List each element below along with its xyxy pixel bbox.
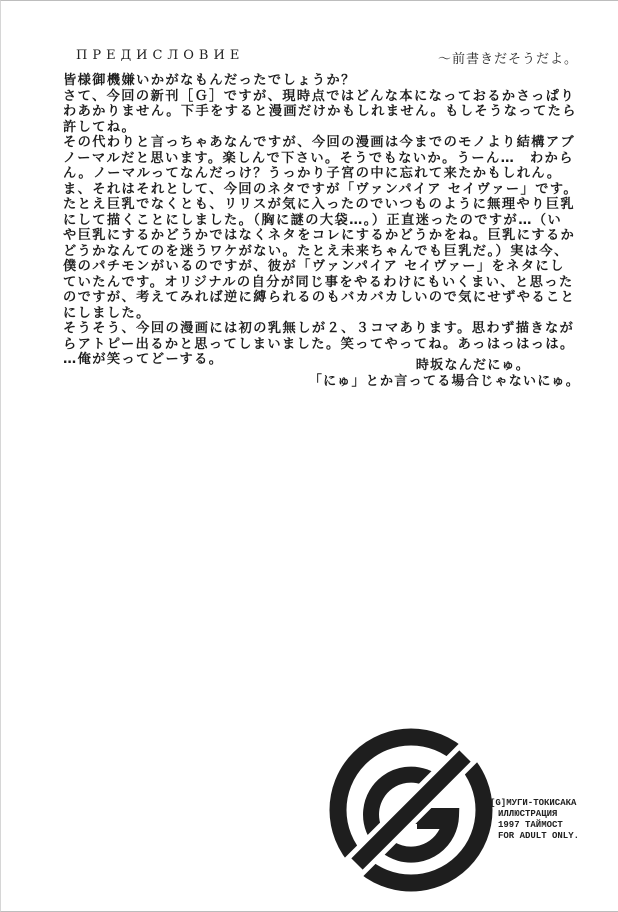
body-line: ん。ノーマルってなんだっけ？うっかり子宮の中に忘れて来たかもしれん。 bbox=[63, 166, 583, 182]
body-line: にして描くことにしました。（胸に謎の大袋…。）正直迷ったのですが…（い bbox=[63, 213, 583, 229]
afterword-body: 皆様御機嫌いかがなもんだったでしょうか？ さて、今回の新刊［Ｇ］ですが、現時点で… bbox=[63, 73, 583, 368]
page-title: ПРЕДИСЛОВИЕ bbox=[76, 48, 244, 63]
author-signature: 時坂なんだにゅ。 「にゅ」とか言ってる場合じゃないにゅ。 bbox=[309, 358, 530, 390]
body-line: 皆様御機嫌いかがなもんだったでしょうか？ bbox=[63, 73, 583, 89]
body-line: ていたんです。オリジナルの自分が同じ事をやるわけにもいくまい、と思った bbox=[63, 275, 583, 291]
body-line: にしました。 bbox=[63, 306, 583, 322]
body-line: ノーマルだと思います。楽しんで下さい。そうでもないか。うーん… わから bbox=[63, 151, 583, 167]
credits-block: [G]МУГИ-ТОКИСАКА ИЛЛЮСТРАЦИЯ 1997 ТАЙМОС… bbox=[490, 798, 579, 842]
credits-line-2: ИЛЛЮСТРАЦИЯ bbox=[490, 809, 579, 820]
page-subtitle: 〜前書きだそうだよ。 bbox=[438, 48, 578, 67]
credits-line-3: 1997 ТАЙМОСТ bbox=[490, 820, 579, 831]
body-line: ま、それはそれとして、今回のネタですが「ヴァンパイア セイヴァー」です。 bbox=[63, 182, 583, 198]
body-line: や巨乳にするかどうかではなくネタをコレにするかどうかをね。巨乳にするか bbox=[63, 228, 583, 244]
body-line: どうかなんてのを迷うワケがない。たとえ未来ちゃんでも巨乳だ。）実は今、 bbox=[63, 244, 583, 260]
document-page: ПРЕДИСЛОВИЕ 〜前書きだそうだよ。 皆様御機嫌いかがなもんだったでしょ… bbox=[0, 0, 618, 912]
body-line: 僕のパチモンがいるのですが、彼が「ヴァンパイア セイヴァー」をネタにし bbox=[63, 259, 583, 275]
body-line: のですが、考えてみれば逆に縛られるのもバカバカしいので気にせずやること bbox=[63, 290, 583, 306]
credits-line-4: FOR ADULT ONLY. bbox=[490, 831, 579, 842]
body-line: そうそう、今回の漫画には初の乳無しが２、３コマあります。思わず描きなが bbox=[63, 321, 583, 337]
body-line: わあかりません。下手をすると漫画だけかもしれません。もしそうなってたら bbox=[63, 104, 583, 120]
body-line: たとえ巨乳でなくとも、リリスが気に入ったのでいつものように無理やり巨乳 bbox=[63, 197, 583, 213]
body-line: さて、今回の新刊［Ｇ］ですが、現時点ではどんな本になっておるかさっぱり bbox=[63, 89, 583, 105]
signature-line-1: 時坂なんだにゅ。 bbox=[309, 358, 530, 374]
body-line: らアトピー出るかと思ってしまいました。笑ってやってね。あっはっはっは。 bbox=[63, 337, 583, 353]
body-line: その代わりと言っちゃあなんですが、今回の漫画は今までのモノより結構アブ bbox=[63, 135, 583, 151]
signature-line-2: 「にゅ」とか言ってる場合じゃないにゅ。 bbox=[309, 374, 580, 390]
body-line: 許してね。 bbox=[63, 120, 583, 136]
credits-line-1: [G]МУГИ-ТОКИСАКА bbox=[490, 798, 579, 809]
g-circle-logo-icon bbox=[329, 728, 493, 892]
